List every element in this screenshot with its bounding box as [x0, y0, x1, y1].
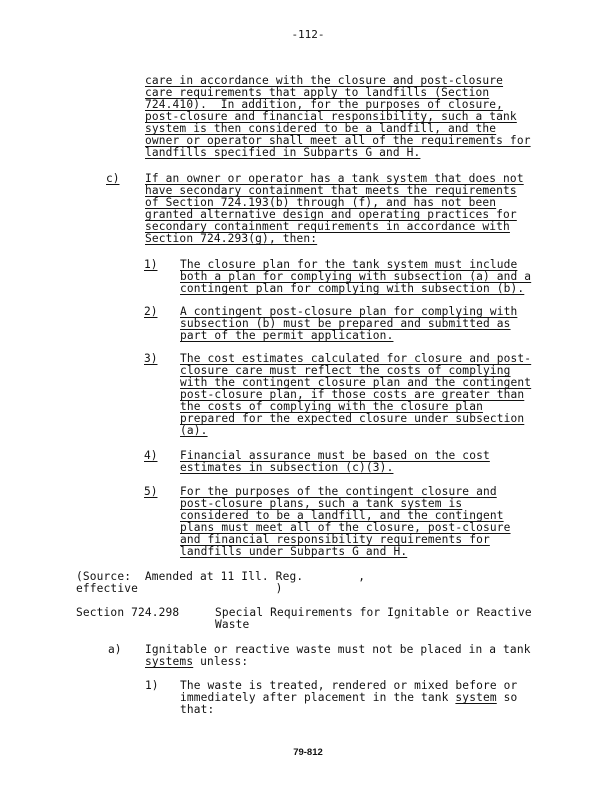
item-label: 2)	[144, 306, 157, 318]
text-line: part of the permit application.	[180, 330, 393, 342]
item-label: 3)	[144, 353, 157, 365]
item-label: 1)	[145, 680, 158, 692]
section-number: Section 724.298	[76, 607, 179, 619]
text-line: systems unless:	[145, 656, 248, 668]
text-span: immediately after placement in the tank	[180, 691, 455, 704]
underlined-text: systems	[145, 655, 193, 668]
subsection-label: a)	[108, 644, 121, 656]
page-number-header: -112-	[0, 28, 616, 41]
subsection-label: c)	[106, 173, 119, 185]
item-label: 1)	[144, 259, 157, 271]
text-line: landfills under Subparts G and H.	[180, 546, 407, 558]
item-label: 5)	[144, 486, 157, 498]
item-label: 4)	[144, 450, 157, 462]
text-line: immediately after placement in the tank …	[180, 692, 517, 704]
underlined-text: system	[455, 691, 496, 704]
section-title: Waste	[215, 619, 249, 631]
section-title: Special Requirements for Ignitable or Re…	[215, 607, 532, 619]
text-line: landfills specified in Subparts G and H.	[145, 147, 420, 159]
text-line: Section 724.293(g), then:	[145, 233, 317, 245]
text-span: unless:	[193, 655, 248, 668]
text-line: contingent plan for complying with subse…	[180, 283, 524, 295]
page-footer-number: 79-812	[0, 747, 616, 758]
text-line: effective )	[76, 583, 283, 595]
text-line: estimates in subsection (c)(3).	[180, 462, 393, 474]
text-span: so	[497, 691, 518, 704]
text-line: (a).	[180, 425, 208, 437]
text-line: that:	[180, 704, 214, 716]
text-line: prepared for the expected closure under …	[180, 413, 524, 425]
